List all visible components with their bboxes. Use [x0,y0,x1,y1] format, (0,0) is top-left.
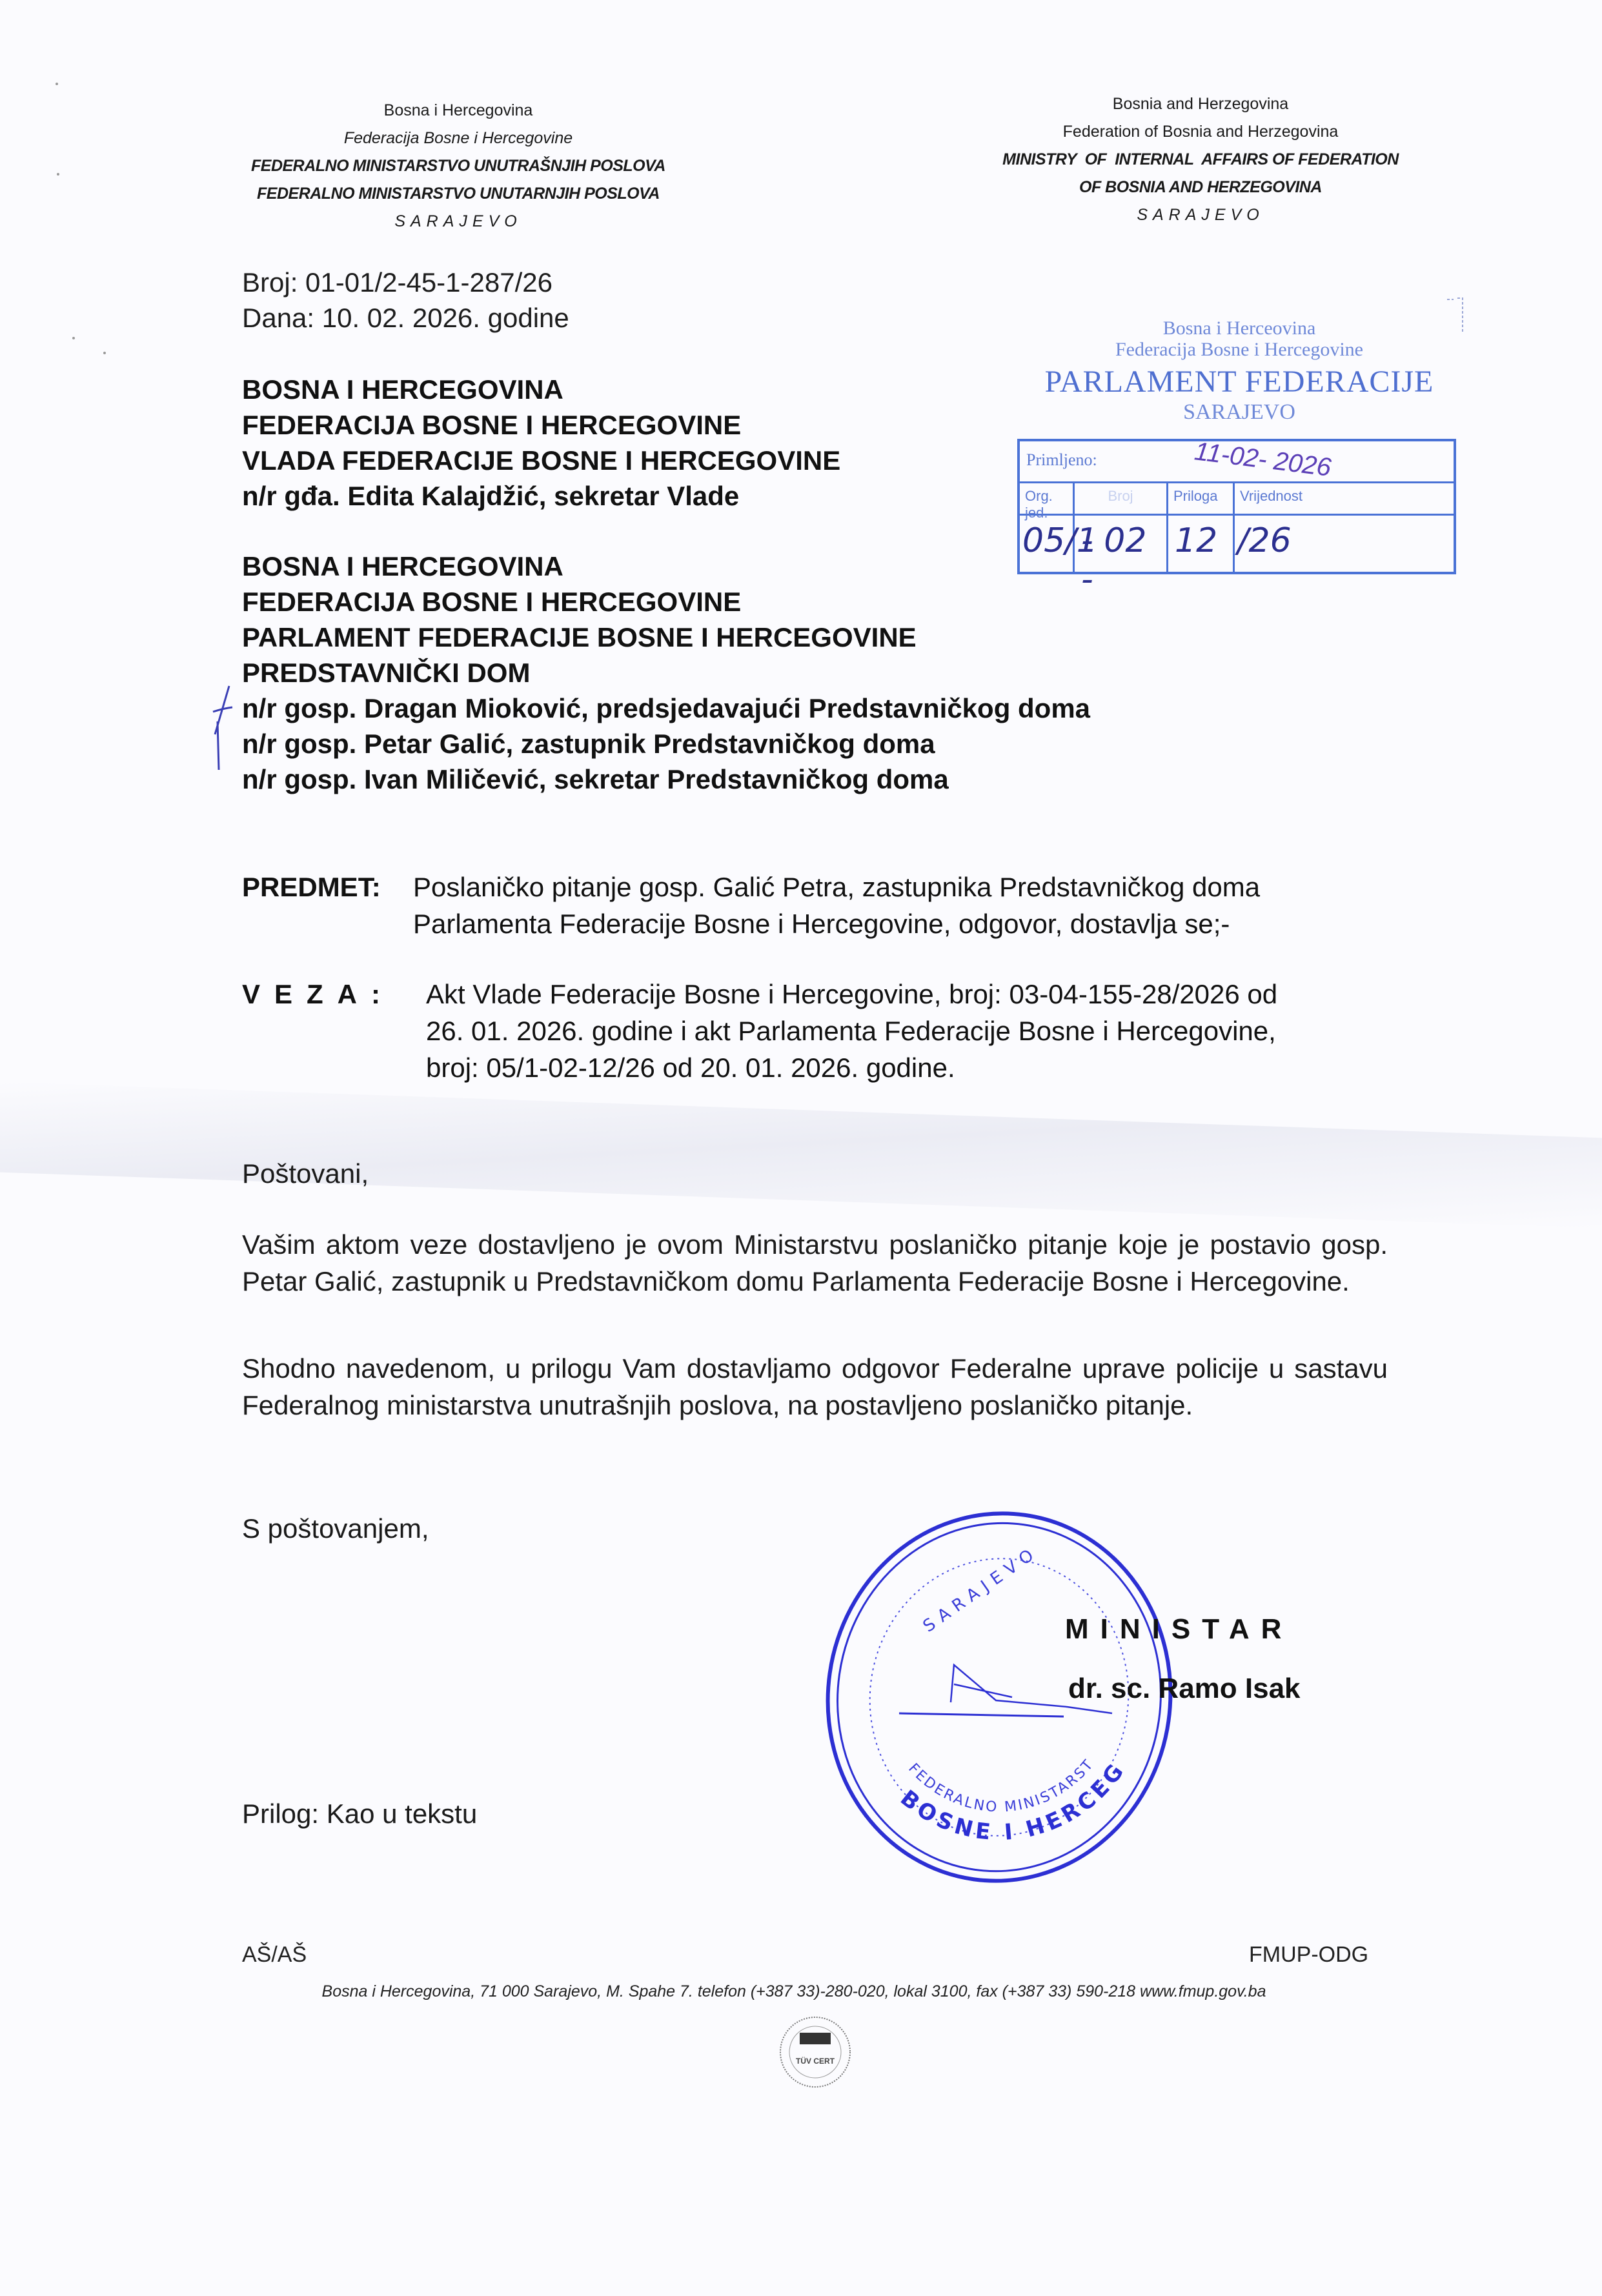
recipient-government: BOSNA I HERCEGOVINA FEDERACIJA BOSNE I H… [242,372,840,514]
body-paragraph-2: Shodno navedenom, u prilogu Vam dostavlj… [242,1350,1388,1424]
col-label-attachments: Priloga [1168,481,1235,514]
recipient-line: PARLAMENT FEDERACIJE BOSNE I HERCEGOVINE [242,619,1090,655]
received-label: Primljeno: [1020,444,1104,476]
value-value: /26 [1237,521,1292,560]
subject-line: Parlamenta Federacije Bosne i Hercegovin… [413,905,1260,942]
value-attachments: 12 [1175,521,1217,560]
tuv-cert-logo-icon: TÜV CERT [776,2013,854,2091]
handwritten-check-mark-icon [210,683,236,773]
link-label: VEZA: [242,976,394,1012]
letterhead-left: Bosna i Hercegovina Federacija Bosne i H… [213,97,704,236]
recipient-line: n/r gosp. Dragan Mioković, predsjedavaju… [242,690,1090,726]
value-number: - 02 - [1081,521,1166,599]
tuv-cert-text: TÜV CERT [796,2056,835,2066]
footer-initials: AŠ/AŠ [242,1942,307,1968]
letterhead-city-en: SARAJEVO [955,201,1446,229]
letterhead-ministry-en-line1: MINISTRY OF INTERNAL AFFAIRS OF FEDERATI… [955,146,1446,174]
body-paragraph-1: Vašim aktom veze dostavljeno je ovom Min… [242,1226,1388,1300]
stamp-line: Bosna i Herceovina [1013,317,1465,339]
footer-address: Bosna i Hercegovina, 71 000 Sarajevo, M.… [213,1982,1375,2001]
scan-speck [103,352,106,354]
recipient-line: FEDERACIJA BOSNE I HERCEGOVINE [242,584,1090,619]
recipient-line: VLADA FEDERACIJE BOSNE I HERCEGOVINE [242,443,840,478]
attachment-note: Prilog: Kao u tekstu [242,1795,1388,1832]
recipient-line: FEDERACIJA BOSNE I HERCEGOVINE [242,407,840,443]
recipient-parliament: BOSNA I HERCEGOVINA FEDERACIJA BOSNE I H… [242,549,1090,797]
col-label-org: Org. jed. [1020,481,1075,514]
link-line: broj: 05/1-02-12/26 od 20. 01. 2026. god… [426,1049,1277,1086]
footer-code: FMUP-ODG [1249,1942,1368,1968]
received-date: 11-02- 2026 [1193,437,1333,483]
scan-speck [57,173,59,176]
recipient-line: n/r gosp. Petar Galić, zastupnik Predsta… [242,726,1090,761]
signatory-name: dr. sc. Ramo Isak [1068,1673,1301,1705]
stamp-line: Federacija Bosne i Hercegovine [1013,339,1465,361]
recipient-line: n/r gosp. Ivan Miličević, sekretar Preds… [242,761,1090,797]
svg-text:FEDERALNO MINISTARSTVO UNUTRAŠ: FEDERALNO MINISTARSTVO UNUTRAŠNJIH POSLO… [818,1504,1097,1816]
scan-speck [72,337,75,339]
scan-speck [56,83,58,85]
col-label-number: Broj [1075,481,1168,514]
reference-date: Dana: 10. 02. 2026. godine [242,300,569,336]
stamp-title: PARLAMENT FEDERACIJE [1013,364,1465,399]
recipient-line: n/r gđa. Edita Kalajdžić, sekretar Vlade [242,478,840,514]
letterhead-ministry-line2: FEDERALNO MINISTARSTVO UNUTARNJIH POSLOV… [213,180,704,208]
recipient-line: BOSNA I HERCEGOVINA [242,549,1090,584]
subject-text: Poslaničko pitanje gosp. Galić Petra, za… [413,869,1260,942]
salutation: Poštovani, [242,1155,1388,1192]
letterhead-ministry-line1: FEDERALNO MINISTARSTVO UNUTRAŠNJIH POSLO… [213,152,704,180]
reference-block: Broj: 01-01/2-45-1-287/26 Dana: 10. 02. … [242,265,569,336]
reference-number: Broj: 01-01/2-45-1-287/26 [242,265,569,300]
letterhead-entity: Federacija Bosne i Hercegovine [213,125,704,152]
seal-center-text: SARAJEVO [920,1542,1042,1636]
letterhead-city: SARAJEVO [213,208,704,236]
subject-label: PREDMET: [242,869,381,905]
recipient-line: PREDSTAVNIČKI DOM [242,655,1090,690]
letterhead-country: Bosna i Hercegovina [213,97,704,125]
link-line: Akt Vlade Federacije Bosne i Hercegovine… [426,976,1277,1012]
receipt-table: Primljeno: 11-02- 2026 Org. jed. Broj Pr… [1017,439,1456,574]
closing: S poštovanjem, [242,1510,1388,1547]
letterhead-right: Bosnia and Herzegovina Federation of Bos… [955,90,1446,229]
subject-line: Poslaničko pitanje gosp. Galić Petra, za… [413,869,1260,905]
col-label-value: Vrijednost [1235,481,1299,514]
seal-inner-text: FEDERALNO MINISTARSTVO UNUTRAŠNJIH POSLO… [818,1504,1097,1816]
letterhead-country-en: Bosnia and Herzegovina [955,90,1446,118]
link-line: 26. 01. 2026. godine i akt Parlamenta Fe… [426,1012,1277,1049]
link-text: Akt Vlade Federacije Bosne i Hercegovine… [426,976,1277,1086]
signatory-title: MINISTAR [1065,1613,1293,1646]
letterhead-ministry-en-line2: OF BOSNIA AND HERZEGOVINA [955,174,1446,201]
recipient-line: BOSNA I HERCEGOVINA [242,372,840,407]
parliament-receipt-stamp: Bosna i Herceovina Federacija Bosne i He… [1013,310,1465,581]
stamp-city: SARAJEVO [1013,400,1465,425]
letterhead-entity-en: Federation of Bosnia and Herzegovina [955,118,1446,146]
